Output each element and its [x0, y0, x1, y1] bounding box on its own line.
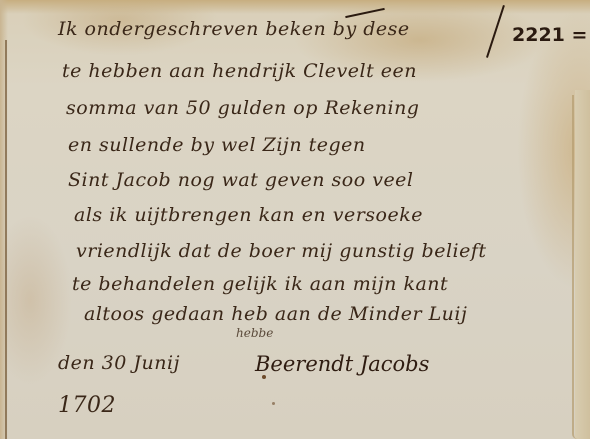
- text-line-9: altoos gedaan heb aan de Minder Luij: [84, 303, 467, 325]
- ink-spot: [262, 375, 266, 379]
- paper-right-flap: [575, 90, 590, 439]
- text-line-7: vriendlijk dat de boer mij gunstig belie…: [76, 240, 487, 262]
- text-line-6: als ik uijtbrengen kan en versoeke: [74, 204, 423, 226]
- year: 1702: [58, 393, 116, 418]
- text-line-3: somma van 50 gulden op Rekening: [66, 97, 419, 119]
- signature: Beerendt Jacobs: [255, 352, 429, 376]
- text-line-8: te behandelen gelijk ik aan mijn kant: [72, 273, 448, 295]
- text-line-5: Sint Jacob nog wat geven soo veel: [68, 169, 414, 191]
- ink-spot: [272, 402, 275, 405]
- text-line-1: Ik ondergeschreven beken by dese: [58, 18, 410, 40]
- reference-number: 2221 = 19: [512, 24, 590, 46]
- paper-fold-line: [5, 40, 7, 439]
- interlinear-insertion: hebbe: [236, 326, 273, 340]
- text-line-2: te hebben aan hendrijk Clevelt een: [62, 60, 417, 82]
- text-line-4: en sullende by wel Zijn tegen: [68, 134, 366, 156]
- paper-right-edge: [572, 95, 577, 439]
- date-line: den 30 Junij: [58, 352, 180, 374]
- document-page: Ik ondergeschreven beken by dese 2221 = …: [0, 0, 590, 439]
